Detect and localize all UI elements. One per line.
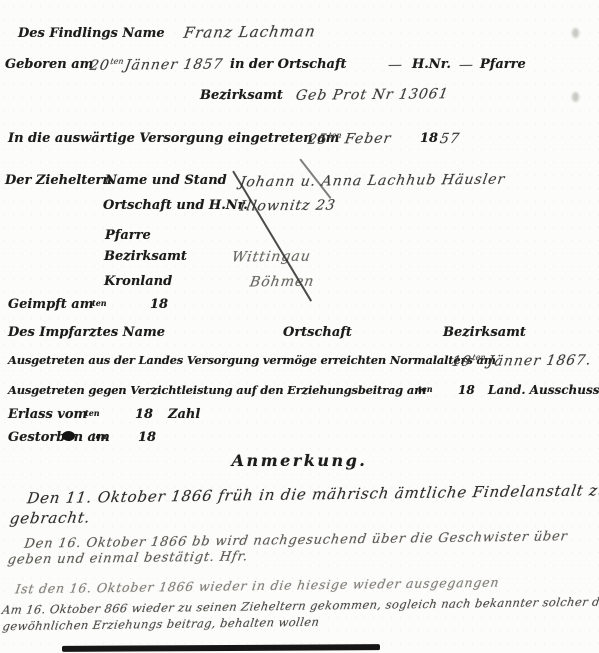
ortschaft-hnr-label: Ortschaft und H.Nr. (103, 198, 248, 213)
pfarre-label: Pfarre (105, 228, 151, 243)
bezirksamt-label: Bezirksamt (104, 249, 187, 264)
scan-speck (572, 92, 579, 102)
ortschaft-dash: — (387, 57, 404, 73)
pfarre-top-label: Pfarre (480, 57, 526, 72)
zieheltern-sublabel: Name und Stand (105, 173, 227, 188)
annotation-line: geben und einmal bestätigt. Hfr. (7, 549, 250, 567)
kronland-value: Böhmen (249, 274, 316, 291)
versorgung-label: In die auswärtige Versorgung eingetreten… (8, 131, 339, 146)
zieheltern-row: Der Zieheltern Name und Stand Johann u. … (0, 173, 599, 193)
gestorben-row: Gestorben am ten 18 (0, 430, 599, 450)
annotation-line: gebracht. (9, 508, 92, 527)
zieheltern-label: Der Zieheltern (5, 173, 112, 188)
versorgung-month-value: Feber (344, 131, 393, 147)
anmerkung-heading-row: Anmerkung. (0, 451, 599, 470)
verzicht-label: Ausgetreten gegen Verzichtleistung auf d… (8, 383, 426, 397)
bezirksamt-top-label: Bezirksamt (200, 88, 283, 103)
verzicht-row: Ausgetreten gegen Verzichtleistung auf d… (0, 383, 599, 403)
geboren-date-value: Jänner 1857 (124, 56, 225, 73)
annotation-line: Den 11. Oktober 1866 früh in die mährisc… (26, 481, 599, 508)
scan-speck (572, 28, 579, 38)
bezirksamt-top-row: Bezirksamt Geb Prot Nr 13061 (200, 84, 448, 103)
gestorben-year-printed: 18 (138, 430, 156, 445)
impfarzt-label: Des Impfarztes Name (8, 325, 165, 340)
geimpft-year-printed: 18 (150, 297, 168, 312)
erlass-row: Erlass vom ten 18 Zahl (0, 407, 599, 427)
hnr-dash: — (458, 57, 475, 73)
geboren-day-value: 20ten (89, 57, 125, 74)
gestorben-ten: ten (92, 431, 107, 441)
geboren-row: Geboren am 20ten Jänner 1857 in der Orts… (0, 57, 599, 77)
normalalter-day-value: 19ten (451, 353, 487, 370)
normalalter-date-value: Jänner 1867. (487, 352, 593, 369)
erlass-ten: ten (85, 408, 100, 418)
annotation-line: Am 16. Oktober 866 wieder zu seinen Zieh… (1, 593, 599, 617)
versorgung-year-printed: 18 (420, 131, 438, 146)
annotation-line: gewöhnlichen Erziehungs beitrag, behalte… (2, 615, 321, 633)
versorgung-year-value: 57 (439, 131, 462, 147)
geimpft-row: Geimpft am ten 18 (0, 297, 599, 317)
scan-smudge-bar (62, 644, 380, 652)
pfarre-row: Pfarre (105, 224, 151, 243)
kronland-label: Kronland (104, 274, 172, 289)
geimpft-label: Geimpft am (8, 297, 93, 312)
geboren-label: Geboren am (5, 57, 93, 72)
bezirksamt-row: Bezirksamt Wittingau (0, 249, 599, 269)
verzicht-year-printed: 18 (458, 383, 475, 397)
versorgung-day-value: 25ten (307, 131, 343, 148)
impfarzt-row: Des Impfarztes Name Ortschaft Bezirksamt (0, 325, 599, 345)
annotation-line: Ist den 16. Oktober 1866 wieder in die h… (14, 575, 500, 597)
erlass-year-printed: 18 (135, 407, 153, 422)
scanned-form-page: Des Findlings Name Franz Lachman Geboren… (0, 0, 599, 653)
impfarzt-bezirksamt-label: Bezirksamt (443, 325, 526, 340)
geimpft-ten: ten (92, 298, 107, 308)
anmerkung-title: Anmerkung. (232, 451, 368, 470)
impfarzt-ortschaft-label: Ortschaft (283, 325, 352, 340)
ortschaft-label: in der Ortschaft (230, 57, 347, 72)
normalalter-row: Ausgetreten aus der Landes Versorgung ve… (0, 353, 599, 373)
zieheltern-value: Johann u. Anna Lachhub Häusler (238, 172, 506, 191)
zahl-label: Zahl (168, 407, 200, 422)
bezirksamt-top-value: Geb Prot Nr 13061 (295, 86, 450, 104)
verzicht-ten: ten (418, 384, 433, 394)
versorgung-row: In die auswärtige Versorgung eingetreten… (0, 131, 599, 151)
hnr-label: H.Nr. (412, 57, 451, 72)
erlass-label: Erlass vom (8, 407, 87, 422)
findling-name-value: Franz Lachman (182, 22, 317, 41)
verzicht-suffix-label: Land. Ausschuss (488, 383, 599, 397)
bezirksamt-value: Wittingau (231, 249, 312, 266)
normalalter-label: Ausgetreten aus der Landes Versorgung ve… (8, 353, 496, 367)
annotation-line: Den 16. Oktober 1866 bb wird nachgesuche… (23, 529, 568, 552)
findling-name-row: Des Findlings Name Franz Lachman (18, 22, 315, 41)
ink-blot (62, 431, 75, 441)
findling-name-label: Des Findlings Name (18, 26, 165, 41)
ortschaft-hnr-row: Ortschaft und H.Nr. Illownitz 23 (0, 198, 599, 218)
